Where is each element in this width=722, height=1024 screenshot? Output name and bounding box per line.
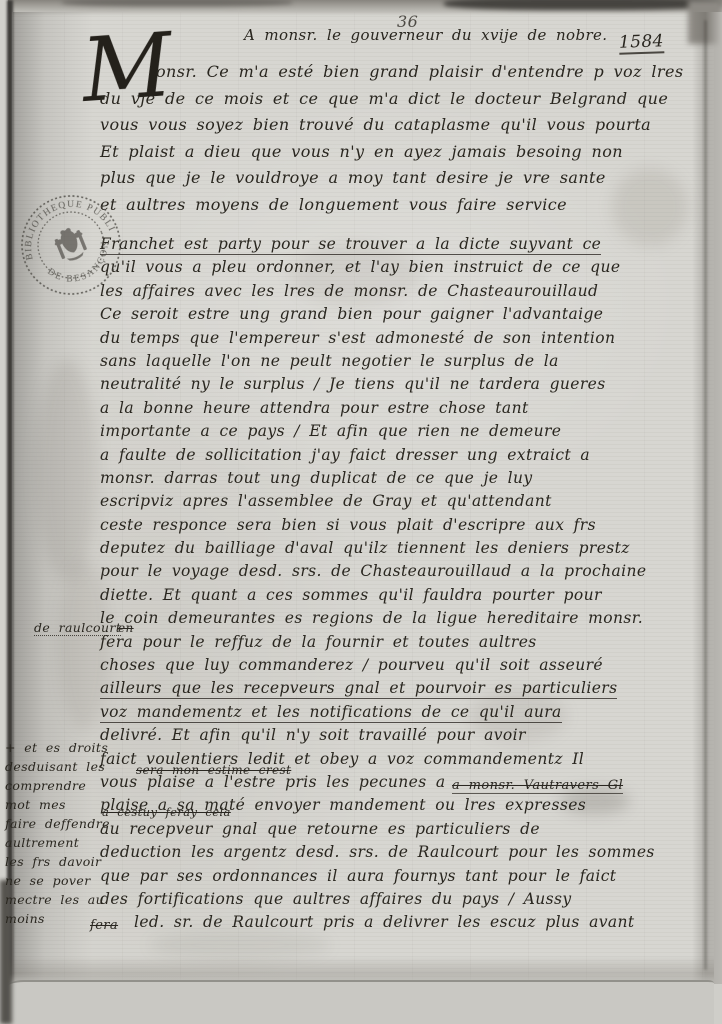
- correction-strikethrough: fera: [90, 918, 118, 933]
- text-line-content: neutralité ny le surplus / Je tiens qu'i…: [100, 375, 606, 393]
- text-line-content: voz mandementz et les notifications de c…: [100, 703, 562, 723]
- text-line: delivré. Et afin qu'il n'y soit travaill…: [100, 726, 685, 749]
- text-line: ceste responce sera bien si vous plait d…: [100, 516, 685, 539]
- text-line: led. sr. de Raulcourt pris a delivrer le…: [134, 913, 685, 936]
- text-line-content: des fortifications que aultres affaires …: [100, 890, 572, 908]
- margin-annotation-line: mectre les au: [5, 892, 165, 911]
- text-line-content: choses que luy commanderez / pourveu qu'…: [100, 656, 603, 674]
- text-line: escripviz apres l'assemblee de Gray et q…: [100, 492, 685, 515]
- text-line-content: importante a ce pays / Et afin que rien …: [100, 422, 561, 440]
- text-line-content: moins: [5, 911, 45, 926]
- text-line-content: mectre les au: [5, 892, 104, 907]
- svg-text:DE BESANÇON: DE BESANÇON: [41, 236, 122, 295]
- text-line: choses que luy commanderez / pourveu qu'…: [100, 656, 685, 679]
- text-line-content: le coin demeurantes es regions de la lig…: [100, 609, 643, 627]
- page-top-edge-shadow: [444, 0, 720, 10]
- text-line-content: les affaires avec les lres de monsr. de …: [100, 282, 598, 300]
- text-line-content: mot mes: [5, 797, 66, 812]
- text-line-content: aultrement: [5, 835, 79, 850]
- text-line-content: Franchet est party pour se trouver a la …: [100, 235, 601, 255]
- right-deckle-line: [704, 20, 707, 970]
- text-line: onsr. Ce m'a esté bien grand plaisir d'e…: [156, 62, 685, 89]
- text-line: le coin demeurantes es regions de la lig…: [100, 609, 685, 632]
- text-line: Et plaist a dieu que vous n'y en ayez ja…: [100, 142, 685, 169]
- text-line: Franchet est party pour se trouver a la …: [100, 235, 685, 258]
- text-line: les affaires avec les lres de monsr. de …: [100, 282, 685, 305]
- text-line-content: onsr. Ce m'a esté bien grand plaisir d'e…: [156, 62, 683, 81]
- page-top-edge-shadow: [62, 0, 292, 6]
- text-line-content: pour le voyage desd. srs. de Chasteaurou…: [100, 562, 646, 580]
- bottom-deckle-tear: [6, 980, 714, 1024]
- heading-text: A monsr. le gouverneur du xvije de nobre…: [244, 26, 607, 48]
- text-line: que par ses ordonnances il aura fournys …: [100, 867, 685, 890]
- text-line-content: et aultres moyens de longuement vous fai…: [100, 195, 567, 214]
- text-line: a faulte de sollicitation j'ay faict dre…: [100, 446, 685, 469]
- correction-strikethrough: sera mon estime crest: [136, 763, 291, 777]
- text-line: Ce seroit estre ung grand bien pour gaig…: [100, 305, 685, 328]
- text-line-content: escripviz apres l'assemblee de Gray et q…: [100, 492, 552, 510]
- stamp-arc-bottom-text: DE BESANÇON: [41, 236, 122, 295]
- correction-strikethrough: a monsr. Vautravers Gl: [452, 778, 623, 794]
- text-line: du temps que l'empereur s'est admonesté …: [100, 329, 685, 352]
- margin-note-raulcourt: de raulcourt: [34, 620, 121, 636]
- text-line-content: au recepveur gnal que retourne es partic…: [100, 820, 540, 838]
- margin-annotation-line: aultrement: [5, 835, 165, 854]
- text-line: monsr. darras tout ung duplicat de ce qu…: [100, 469, 685, 492]
- text-line-content: a la bonne heure attendra pour estre cho…: [100, 399, 529, 417]
- margin-annotation-line: les frs davoir: [5, 854, 165, 873]
- right-deckle-edge: [692, 12, 722, 984]
- text-line-content: les frs davoir: [5, 854, 101, 869]
- text-line-content: vous vous soyez bien trouvé du cataplasm…: [100, 115, 651, 134]
- margin-annotation-line: moins: [5, 911, 165, 930]
- text-line: au recepveur gnal que retourne es partic…: [100, 820, 685, 843]
- text-line-content: Et plaist a dieu que vous n'y en ayez ja…: [100, 142, 623, 161]
- text-line: pour le voyage desd. srs. de Chasteaurou…: [100, 562, 685, 585]
- text-line-content: a faulte de sollicitation j'ay faict dre…: [100, 446, 590, 464]
- text-line-content: monsr. darras tout ung duplicat de ce qu…: [100, 469, 533, 487]
- text-line: qu'il vous a pleu ordonner, et l'ay bien…: [100, 258, 685, 281]
- text-line-content: sans laquelle l'on ne peult negotier le …: [100, 352, 559, 370]
- text-line-content: + et es droits: [5, 740, 108, 755]
- text-line-content: deputez du bailliage d'aval qu'ilz tienn…: [100, 539, 630, 557]
- paragraph-main: Franchet est party pour se trouver a la …: [100, 235, 685, 937]
- letter-heading: A monsr. le gouverneur du xvije de nobre…: [244, 26, 664, 48]
- text-line-content: ne se pover: [5, 873, 91, 888]
- text-line: deputez du bailliage d'aval qu'ilz tienn…: [100, 539, 685, 562]
- text-line: sans laquelle l'on ne peult negotier le …: [100, 352, 685, 375]
- paragraph-salutation: onsr. Ce m'a esté bien grand plaisir d'e…: [100, 62, 685, 221]
- text-line: vous vous soyez bien trouvé du cataplasm…: [100, 115, 685, 142]
- text-line-content: que par ses ordonnances il aura fournys …: [100, 867, 616, 885]
- text-line: plus que je le vouldroye a moy tant desi…: [100, 168, 685, 195]
- text-line-content: ceste responce sera bien si vous plait d…: [100, 516, 596, 534]
- text-line: et aultres moyens de longuement vous fai…: [100, 195, 685, 222]
- correction-strikethrough: en: [118, 621, 134, 635]
- text-line-content: plus que je le vouldroye a moy tant desi…: [100, 168, 606, 187]
- text-line-content: deduction les argentz desd. srs. de Raul…: [100, 843, 655, 861]
- text-line-content: diette. Et quant a ces sommes qu'il faul…: [100, 586, 602, 604]
- heading-year: 1584: [619, 31, 665, 55]
- text-line: fera pour le reffuz de la fournir et tou…: [100, 633, 685, 656]
- text-line: neutralité ny le surplus / Je tiens qu'i…: [100, 375, 685, 398]
- text-line: a la bonne heure attendra pour estre cho…: [100, 399, 685, 422]
- correction-strikethrough: a cestuy feray cela: [102, 805, 231, 819]
- margin-annotation-line: ne se pover: [5, 873, 165, 892]
- text-line: ailleurs que les recepveurs gnal et pour…: [100, 679, 685, 702]
- text-line-content: faire deffendre: [5, 816, 110, 831]
- margin-annotation-line: comprendre: [5, 778, 165, 797]
- text-line: des fortifications que aultres affaires …: [100, 890, 685, 913]
- text-line-content: fera pour le reffuz de la fournir et tou…: [100, 633, 537, 651]
- stamp-emblem-eagle-columns: [51, 224, 91, 265]
- manuscript-scan-page: 36 A monsr. le gouverneur du xvije de no…: [0, 0, 722, 1024]
- text-line: du vje de ce mois et ce que m'a dict le …: [100, 89, 685, 116]
- text-line-content: comprendre: [5, 778, 86, 793]
- text-line-content: Ce seroit estre ung grand bien pour gaig…: [100, 305, 603, 323]
- text-line: importante a ce pays / Et afin que rien …: [100, 422, 685, 445]
- text-line-content: du temps que l'empereur s'est admonesté …: [100, 329, 615, 347]
- text-line-content: led. sr. de Raulcourt pris a delivrer le…: [134, 913, 635, 931]
- text-line-content: desduisant les: [5, 759, 105, 774]
- margin-annotation-line: + et es droits: [5, 740, 165, 759]
- text-line-content: du vje de ce mois et ce que m'a dict le …: [100, 89, 668, 108]
- text-line: diette. Et quant a ces sommes qu'il faul…: [100, 586, 685, 609]
- text-line-content: qu'il vous a pleu ordonner, et l'ay bien…: [100, 258, 620, 276]
- text-line-content: ailleurs que les recepveurs gnal et pour…: [100, 679, 617, 699]
- text-line: deduction les argentz desd. srs. de Raul…: [100, 843, 685, 866]
- text-line: voz mandementz et les notifications de c…: [100, 703, 685, 726]
